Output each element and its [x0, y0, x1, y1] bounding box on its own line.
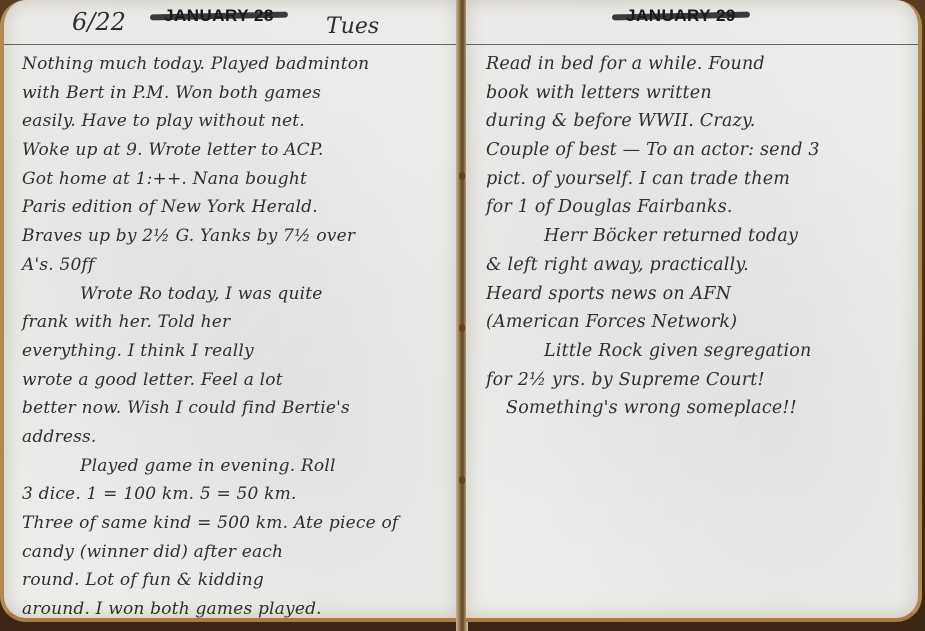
entry-line: Heard sports news on AFN: [486, 280, 908, 309]
entry-line: Braves up by 2½ G. Yanks by 7½ over: [22, 222, 448, 251]
entry-line: A's. 50ff: [22, 251, 448, 280]
entry-line: Herr Böcker returned today: [486, 222, 908, 251]
entry-line: easily. Have to play without net.: [22, 107, 448, 136]
entry-line: Couple of best — To an actor: send 3: [486, 136, 908, 165]
entry-line: round. Lot of fun & kidding: [22, 566, 448, 595]
entry-line: for 2½ yrs. by Supreme Court!: [486, 366, 908, 395]
entry-line: Nothing much today. Played badminton: [22, 50, 448, 79]
printed-date-header: JANUARY 29: [626, 6, 736, 26]
entry-line: pict. of yourself. I can trade them: [486, 165, 908, 194]
diary-spread: 6/22 JANUARY 28 Tues Nothing much today.…: [0, 0, 925, 631]
entry-line: Wrote Ro today, I was quite: [22, 280, 448, 309]
handwritten-date: 6/22: [72, 8, 126, 36]
entry-line: & left right away, practically.: [486, 251, 908, 280]
entry-line: Got home at 1:++. Nana bought: [22, 165, 448, 194]
entry-line: (American Forces Network): [486, 308, 908, 337]
header-rule: [4, 44, 458, 45]
left-page-entry: Nothing much today. Played badminton wit…: [22, 50, 448, 622]
entry-line: frank with her. Told her: [22, 308, 448, 337]
left-page: 6/22 JANUARY 28 Tues Nothing much today.…: [0, 0, 458, 622]
entry-line: Little Rock given segregation: [486, 337, 908, 366]
entry-line: wrote a good letter. Feel a lot: [22, 366, 448, 395]
right-page-entry: Read in bed for a while. Found book with…: [486, 50, 908, 423]
entry-line: better now. Wish I could find Bertie's: [22, 394, 448, 423]
entry-line: during & before WWII. Crazy.: [486, 107, 908, 136]
entry-line: around. I won both games played.: [22, 595, 448, 622]
printed-date-header: JANUARY 28: [164, 6, 274, 26]
binding-stitch: [459, 172, 465, 180]
entry-line: Paris edition of New York Herald.: [22, 193, 448, 222]
entry-line: Something's wrong someplace!!: [486, 394, 908, 423]
entry-line: address.: [22, 423, 448, 452]
entry-line: Woke up at 9. Wrote letter to ACP.: [22, 136, 448, 165]
entry-line: candy (winner did) after each: [22, 538, 448, 567]
entry-line: Read in bed for a while. Found: [486, 50, 908, 79]
entry-line: for 1 of Douglas Fairbanks.: [486, 193, 908, 222]
entry-line: with Bert in P.M. Won both games: [22, 79, 448, 108]
entry-line: Three of same kind = 500 km. Ate piece o…: [22, 509, 448, 538]
binding-stitch: [459, 476, 465, 484]
entry-line: everything. I think I really: [22, 337, 448, 366]
binding-stitch: [459, 324, 465, 332]
entry-line: Played game in evening. Roll: [22, 452, 448, 481]
header-rule: [466, 44, 918, 45]
entry-line: book with letters written: [486, 79, 908, 108]
entry-line: 3 dice. 1 = 100 km. 5 = 50 km.: [22, 480, 448, 509]
handwritten-day: Tues: [326, 14, 379, 39]
right-page: JANUARY 29 Read in bed for a while. Foun…: [466, 0, 922, 622]
